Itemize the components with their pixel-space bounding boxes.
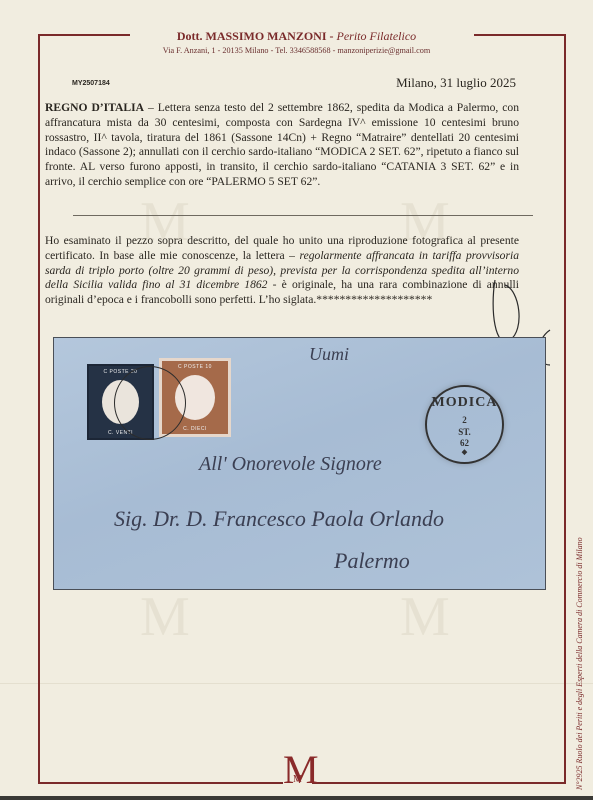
scan-edge	[0, 796, 593, 800]
stamp-cancellation	[114, 366, 186, 440]
watermark-logo: M	[400, 585, 450, 649]
monogram-logo: M M	[283, 752, 313, 800]
section-divider	[73, 215, 533, 216]
cover-envelope: Uumi C POSTE 20 C. VENTI C POSTE 10 C. D…	[53, 337, 546, 590]
expert-name: Dott. MASSIMO MANZONI	[177, 29, 327, 43]
certificate-id: MY2507184	[72, 80, 110, 87]
description-text: Lettera senza testo del 2 settembre 1862…	[45, 101, 519, 188]
expert-opinion: Ho esaminato il pezzo sopra descritto, d…	[45, 234, 519, 308]
expert-name-line: Dott. MASSIMO MANZONI - Perito Filatelic…	[0, 29, 593, 44]
frame-left	[38, 34, 40, 784]
paper-fold	[0, 683, 593, 684]
address-line-2: Sig. Dr. D. Francesco Paola Orlando	[114, 506, 444, 532]
modica-postmark: MODICA 2 ST. 62 ◆	[425, 385, 504, 464]
watermark-logo: M	[140, 585, 190, 649]
address-line-3: Palermo	[334, 548, 410, 574]
description-heading: REGNO D’ITALIA	[45, 101, 144, 114]
registry-note: N°2925 Ruolo dei Periti e degli Esperti …	[575, 537, 584, 790]
letterhead: Dott. MASSIMO MANZONI - Perito Filatelic…	[0, 29, 593, 55]
address-line-1: All' Onorevole Signore	[199, 453, 382, 476]
expert-title: Perito Filatelico	[337, 29, 417, 43]
frame-right	[564, 34, 566, 784]
frame-bottom-left	[38, 782, 283, 784]
handwriting-top: Uumi	[309, 344, 349, 365]
item-description: REGNO D’ITALIA – Lettera senza testo del…	[45, 101, 519, 190]
frame-bottom-right	[312, 782, 566, 784]
expert-address: Via F. Anzani, 1 - 20135 Milano - Tel. 3…	[0, 46, 593, 55]
certificate-date: Milano, 31 luglio 2025	[396, 75, 516, 91]
